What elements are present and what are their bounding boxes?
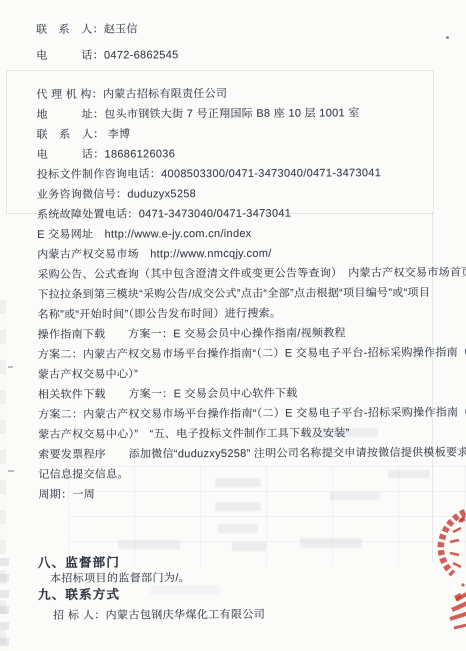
guide-line: 方案二：内蒙古产权交易市场平台操作指南“（二）E 交易电子平台-招标采购操作指南… — [38, 343, 466, 365]
owner-phone-line: 电 话：0472-6862545 — [36, 41, 466, 69]
guide-line: 周期：一周 — [38, 483, 466, 505]
ejy-website-line: E 交易网址 http://www.e-jy.com.cn/index — [37, 223, 466, 245]
agency-phone-line: 电 话：18686126036 — [37, 143, 466, 165]
guide-line: 相关软件下载 方案一：E 交易会员中心软件下载 — [38, 383, 466, 405]
system-fault-hotline-line: 系统故障处置电话：0471-3473040/0471-3473041 — [37, 203, 466, 225]
guide-line: 采购公告、公式查询（其中包含澄清文件或变更公告等查询） 内蒙古产权交易市场首页 — [37, 263, 466, 285]
guide-line: 蒙古产权交易中心）” “五、电子投标文件制作工具下载及安装” — [38, 423, 466, 445]
section-contact-body: 招 标 人：内蒙古包钢庆华煤化工有限公司 — [53, 606, 466, 624]
document-text: 联 系 人：赵玉信 电 话：0472-6862545 代 理 机 构：内蒙古招标… — [0, 0, 466, 651]
owner-contact-person-line: 联 系 人：赵玉信 — [36, 15, 466, 43]
guide-line: 方案二：内蒙古产权交易市场平台操作指南“（二）E 交易电子平台-招标采购操作指南… — [38, 403, 466, 425]
guide-line: 名称”或“开始时间”（即公告发布时间）进行搜索。 — [37, 303, 466, 325]
guide-line: 记信息提交信息。 — [38, 463, 466, 485]
section-contact-heading: 九、联系方式 — [38, 585, 466, 603]
bid-doc-hotline-line: 投标文件制作咨询电话：4008503300/0471-3473040/0471-… — [37, 163, 466, 185]
official-red-seal-stamp — [426, 500, 466, 651]
scanned-document-page: 联 系 人：赵玉信 电 话：0472-6862545 代 理 机 构：内蒙古招标… — [0, 0, 466, 651]
guide-line: 下拉拉条到第三模块“采购公告/成交公式”点击“全部”点击根据“项目编号”或“项目 — [37, 283, 466, 305]
guide-line: 蒙古产权交易中心）” — [38, 363, 466, 385]
wechat-service-line: 业务咨询微信号：duduzyx5258 — [37, 183, 466, 205]
agency-contact-person-line: 联 系 人： 李博 — [37, 123, 466, 145]
cqjy-website-line: 内蒙古产权交易市场 http://www.nmcqjy.com/ — [37, 243, 466, 265]
agency-address-line: 地 址：包头市钢铁大街 7 号正翔国际 B8 座 10 层 1001 室 — [36, 103, 466, 125]
guide-line: 操作指南下载 方案一：E 交易会员中心操作指南/视频教程 — [38, 323, 466, 345]
agency-name-line: 代 理 机 构：内蒙古招标有限责任公司 — [36, 83, 466, 105]
guide-line: 索要发票程序 添加微信“duduzxy5258” 注明公司名称提交申请按微信提供… — [38, 443, 466, 465]
